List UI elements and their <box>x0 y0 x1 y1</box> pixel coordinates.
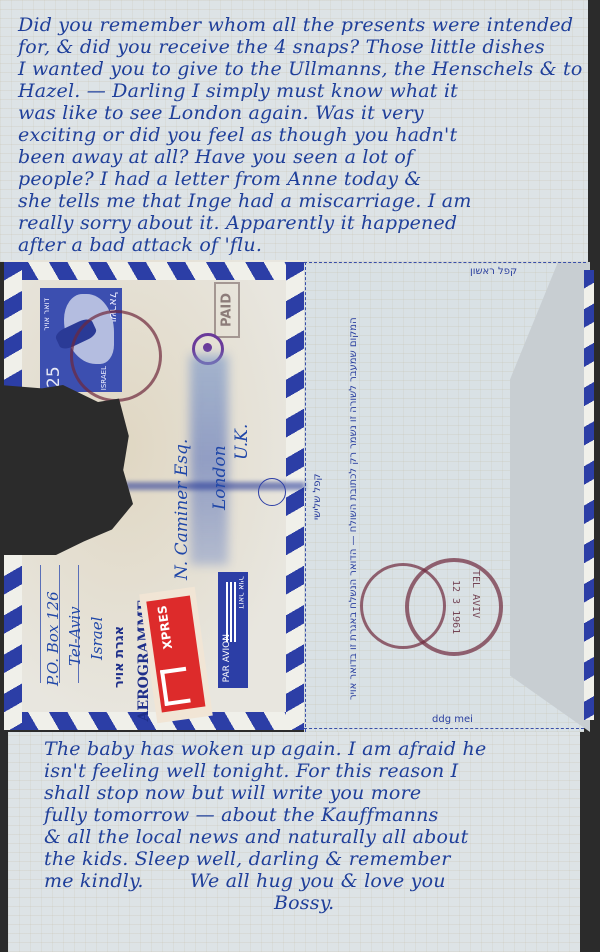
letter-line: I wanted you to give to the Ullmanns, th… <box>18 58 588 80</box>
address-line-name: N. Caminer Esq. <box>172 420 192 580</box>
letter-top-sheet: Did you remember whom all the presents w… <box>0 0 588 262</box>
letter-line: exciting or did you feel as though you h… <box>18 124 588 146</box>
letter-bottom-text: The baby has woken up again. I am afraid… <box>8 738 580 914</box>
signature: Bossy. <box>44 892 580 914</box>
stamp-service-hebrew: דואר אויר <box>42 298 51 331</box>
print-code: ddg mei <box>432 714 473 725</box>
letter-line: been away at all? Have you seen a lot of <box>18 146 588 168</box>
closing: We all hug you & love you <box>190 870 446 892</box>
letter-line: Hazel. — Darling I simply must know what… <box>18 80 588 102</box>
fold-first-label: קפל ראשון <box>470 266 517 277</box>
letter-line: she tells me that Inge had a miscarriage… <box>18 190 588 212</box>
par-avion-hebrew: דואר אויר <box>237 576 246 609</box>
airmail-border-top <box>20 262 300 280</box>
address-line-country: U.K. <box>232 420 252 460</box>
letter-line: The baby has woken up again. I am afraid… <box>44 738 580 760</box>
postmark-on-stamp <box>70 310 162 402</box>
small-deer-stamp <box>258 478 286 506</box>
stamp-value: 25 <box>44 366 64 388</box>
fold-second-label: קפל שלישי <box>312 400 323 520</box>
letter-line: & all the local news and naturally all a… <box>44 826 580 848</box>
postmark-town: TEL AVIV <box>470 570 481 618</box>
letter-line: really sorry about it. Apparently it hap… <box>18 212 588 234</box>
par-avion-label: דואר אויר PAR AVION <box>218 572 248 688</box>
letter-top-text: Did you remember whom all the presents w… <box>0 14 588 256</box>
letter-line: fully tomorrow — about the Kauffmanns <box>44 804 580 826</box>
letter-line: the kids. Sleep well, darling & remember <box>44 848 580 870</box>
instructions-hebrew: המקום שמעבר לשורה זו נשמר רק לכתובת השול… <box>348 300 359 700</box>
letter-bottom-sheet: The baby has woken up again. I am afraid… <box>8 732 580 952</box>
fold-guide-top <box>304 262 586 263</box>
letter-line: was like to see London again. Was it ver… <box>18 102 588 124</box>
postmark-date: 12 3 1961 <box>450 580 461 634</box>
sender-line-country: Israel <box>88 580 106 660</box>
letter-line: shall stop now but will write you more <box>44 782 580 804</box>
letter-line: me kindly. We all hug you & love you <box>44 870 580 892</box>
airmail-border-middle <box>286 262 304 730</box>
aerogramme-hebrew: אגרת אויר <box>112 578 127 688</box>
letter-line: Did you remember whom all the presents w… <box>18 14 588 36</box>
sender-line-box: P.O. Box 126 <box>44 566 62 686</box>
letter-line: after a bad attack of 'flu. <box>18 234 588 256</box>
address-line-city: London <box>210 420 230 510</box>
fold-guide-line <box>305 262 306 732</box>
sender-line-city: Tel-Aviv <box>66 566 84 666</box>
letter-line-end: me kindly. <box>44 870 144 892</box>
par-avion-text: PAR AVION <box>222 634 232 682</box>
paid-mark: PAID <box>214 282 240 338</box>
express-e-glyph <box>160 667 191 706</box>
airmail-border-right <box>584 270 594 720</box>
letter-line: isn't feeling well tonight. For this rea… <box>44 760 580 782</box>
fold-guide-bottom <box>304 728 584 729</box>
letter-line: for, & did you receive the 4 snaps? Thos… <box>18 36 588 58</box>
letter-line: people? I had a letter from Anne today & <box>18 168 588 190</box>
